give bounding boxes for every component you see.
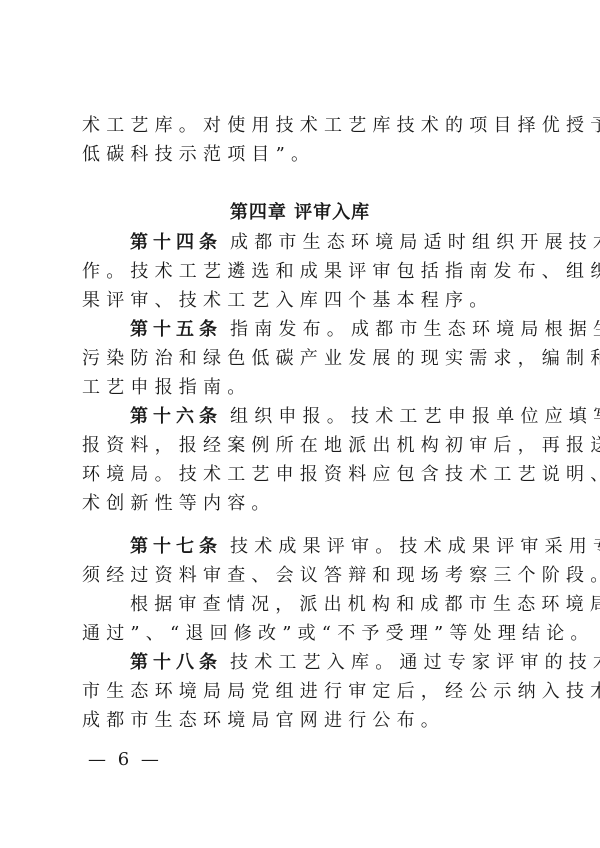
paragraph-line: 作。技术工艺遴选和成果评审包括指南发布、组织申报、技术成 (82, 260, 522, 284)
paragraph-line: 污染防治和绿色低碳产业发展的现实需求，编制和对外发布技术 (82, 347, 522, 371)
article-14: 第十四条成都市生态环境局适时组织开展技术工艺入库工 (82, 231, 522, 255)
article-18: 第十八条技术工艺入库。通过专家评审的技术成果报成都 (82, 651, 522, 675)
paragraph-line: 报资料，报经案例所在地派出机构初审后，再报送至成都市生态 (82, 434, 522, 458)
paragraph-text: 成都市生态环境局适时组织开展技术工艺入库工 (230, 232, 600, 253)
paragraph-text: 指南发布。成都市生态环境局根据生态环境领域 (230, 319, 600, 340)
article-label: 第十四条 (130, 232, 222, 253)
article-17: 第十七条技术成果评审。技术成果评审采用专家评审方式， (82, 535, 522, 559)
paragraph-line: 环境局。技术工艺申报资料应包含技术工艺说明、效益分析、技 (82, 463, 522, 487)
paragraph-line: 市生态环境局局党组进行审定后，经公示纳入技术工艺库，并在 (82, 680, 522, 704)
article-label: 第十六条 (130, 406, 222, 427)
paragraph-line: 根据审查情况，派出机构和成都市生态环境局可做出“审查 (82, 593, 522, 617)
chapter-heading: 第四章 评审入库 (0, 201, 600, 225)
article-label: 第十五条 (130, 319, 222, 340)
paragraph-line: 须经过资料审查、会议答辩和现场考察三个阶段。 (82, 564, 522, 588)
article-label: 第十八条 (130, 652, 222, 673)
paragraph-text: 技术工艺入库。通过专家评审的技术成果报成都 (230, 652, 600, 673)
paragraph-line: 果评审、技术工艺入库四个基本程序。 (82, 289, 522, 313)
article-label: 第十七条 (130, 536, 222, 557)
paragraph-line: 术创新性等内容。 (82, 492, 522, 516)
paragraph-line: 术工艺库。对使用技术工艺库技术的项目择优授予“成都市绿色 (82, 114, 522, 138)
paragraph-line: 工艺申报指南。 (82, 376, 522, 400)
page-number: — 6 — (88, 748, 162, 772)
paragraph-line: 成都市生态环境局官网进行公布。 (82, 709, 522, 733)
paragraph-text: 技术成果评审。技术成果评审采用专家评审方式， (230, 536, 600, 557)
article-16: 第十六条组织申报。技术工艺申报单位应填写技术工艺申 (82, 405, 522, 429)
article-15: 第十五条指南发布。成都市生态环境局根据生态环境领域 (82, 318, 522, 342)
paragraph-line: 通过”、“退回修改”或“不予受理”等处理结论。 (82, 622, 522, 646)
paragraph-line: 低碳科技示范项目”。 (82, 143, 522, 167)
paragraph-text: 组织申报。技术工艺申报单位应填写技术工艺申 (230, 406, 600, 427)
